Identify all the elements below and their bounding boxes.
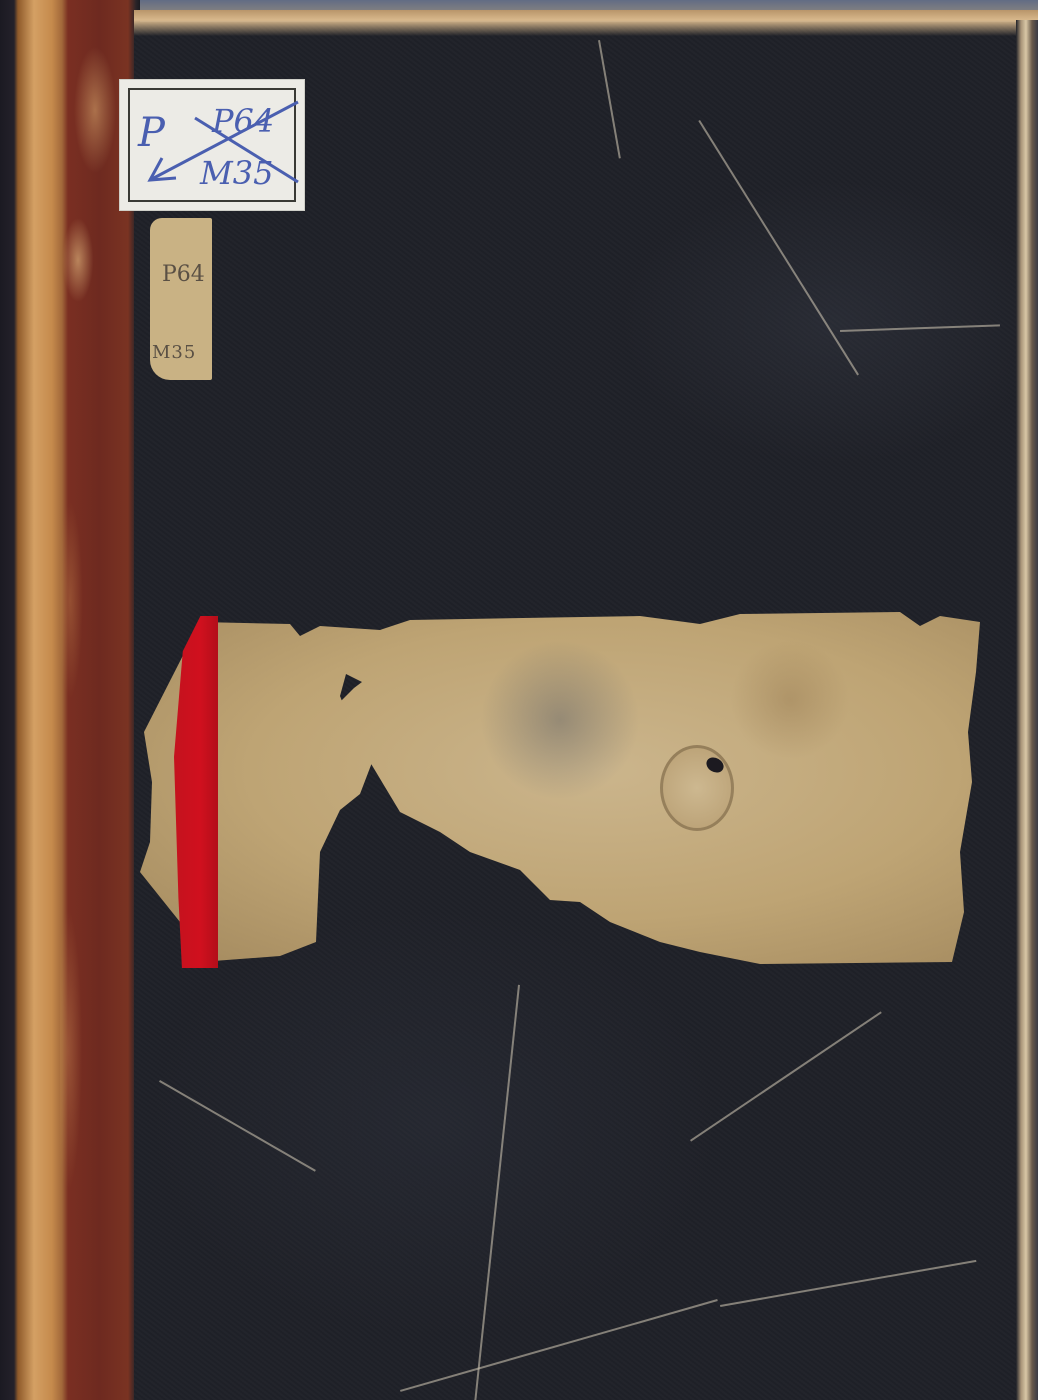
water-stain [730,640,850,760]
cross-out-arrow-icon [120,80,304,210]
cover-top-worn-edge [134,10,1038,36]
pencil-shelfmark-number: M35 [152,342,196,363]
shelfmark-label-tan: P64 M35 [150,218,212,380]
spine-wear-marks [60,0,130,1400]
book-cover-photo: P P64 M35 P64 M35 [0,0,1038,1400]
worn-circle-mark [660,745,734,831]
shelfmark-label-white: P P64 M35 [120,80,304,210]
ink-stain [480,640,640,800]
cover-right-worn-edge [1016,20,1038,1400]
pencil-shelfmark: P64 [162,262,205,287]
